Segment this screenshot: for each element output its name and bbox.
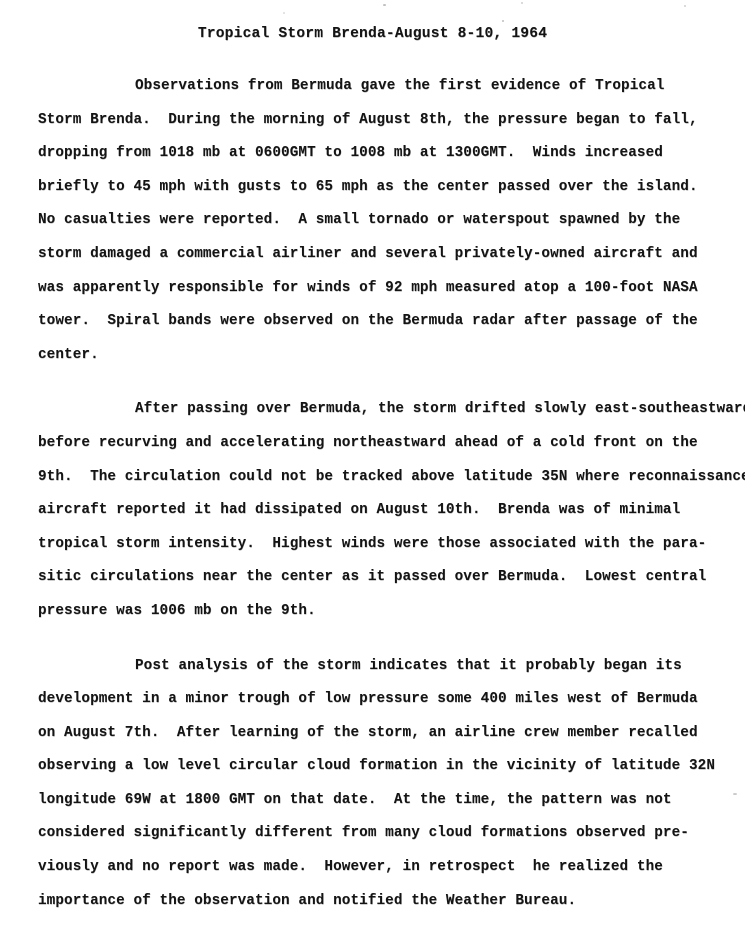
paragraph-storm-track: After passing over Bermuda, the storm dr… (38, 393, 745, 628)
scan-speck (502, 20, 504, 22)
document-title: Tropical Storm Brenda-August 8-10, 1964 (38, 20, 707, 44)
scan-speck (283, 12, 285, 14)
scan-speck (521, 2, 523, 4)
scan-speck (383, 4, 386, 6)
document-page: Tropical Storm Brenda-August 8-10, 1964 … (0, 0, 745, 935)
scan-speck (684, 5, 686, 7)
scan-speck (733, 793, 737, 795)
paragraph-post-analysis: Post analysis of the storm indicates tha… (38, 650, 745, 919)
paragraph-bermuda-observations: Observations from Bermuda gave the first… (38, 70, 745, 372)
